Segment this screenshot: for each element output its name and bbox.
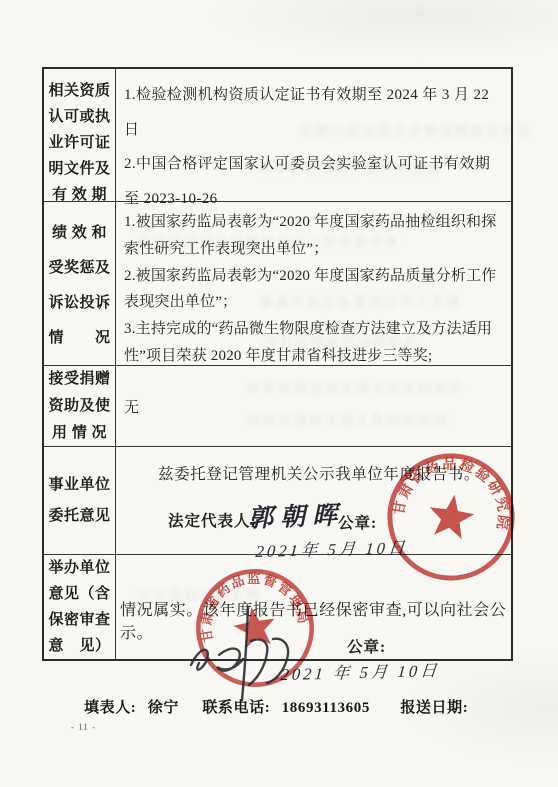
- sponsor-statement: 情况属实。该年度报告书已经保密审查,可以向社会公示。: [120, 597, 511, 643]
- donation-value: 无: [124, 396, 139, 417]
- qualification-item: 1.检验检测机构资质认定证书有效期至 2024 年 3 月 22 日: [124, 78, 505, 147]
- performance-item: 1.被国家药监局表彰为“2020 年度国家药品抽检组织和探索性研究工作表现突出单…: [124, 209, 505, 263]
- table-row-donations: 接受捐赠 资助及使 用 情 况 无: [44, 365, 511, 446]
- row-label-entrust-opinion: 事业单位 委托意见: [44, 447, 115, 555]
- legal-representative-signature: 郭朝晖: [247, 495, 344, 534]
- table-row-entrust-opinion: 事业单位 委托意见 兹委托登记管理机关公示我单位年度报告书。 法定代表人: 郭朝…: [44, 446, 511, 555]
- row-content-donations: 无: [115, 366, 511, 447]
- send-date-label: 报送日期:: [400, 700, 468, 716]
- phone-number: 18693113605: [282, 700, 370, 716]
- row-content-entrust-opinion: 兹委托登记管理机关公示我单位年度报告书。 法定代表人: 郭朝晖 公章: 2021…: [115, 447, 511, 555]
- row-label-performance: 绩 效 和 受奖惩及 诉讼投诉 情 况: [44, 202, 115, 370]
- filler-name: 徐宁: [148, 700, 179, 716]
- row-content-sponsor-opinion: 情况属实。该年度报告书已经保密审查,可以向社会公示。 公章: 2021 年 5月…: [115, 555, 511, 659]
- entrust-statement: 兹委托登记管理机关公示我单位年度报告书。: [158, 462, 480, 484]
- official-seal-label: 公章:: [338, 511, 377, 533]
- handwritten-signature: [185, 595, 305, 710]
- annual-report-table: 相关资质 认可或执 业许可证 明文件及 有 效 期 1.检验检测机构资质认定证书…: [42, 67, 513, 661]
- row-label-donations: 接受捐赠 资助及使 用 情 况: [44, 366, 115, 447]
- filler-label: 填表人:: [84, 700, 136, 716]
- table-row-performance: 绩 效 和 受奖惩及 诉讼投诉 情 况 1.被国家药监局表彰为“2020 年度国…: [44, 201, 511, 365]
- page-number: - 11 -: [71, 722, 96, 732]
- performance-item: 2.被国家药监局表彰为“2020 年度国家药品质量分析工作表现突出单位”；: [124, 263, 505, 317]
- official-seal-label: 公章:: [347, 635, 386, 657]
- row-label-qualifications: 相关资质 认可或执 业许可证 明文件及 有 效 期: [44, 69, 115, 216]
- performance-item: 3.主持完成的“药品微生物限度检查方法建立及方法适用性”项目荣获 2020 年度…: [124, 316, 505, 370]
- row-content-qualifications: 1.检验检测机构资质认定证书有效期至 2024 年 3 月 22 日 2.中国合…: [115, 69, 511, 216]
- footer-line: 填表人: 徐宁 联系电话: 18693113605 报送日期:: [84, 696, 468, 717]
- scanned-document-page: 证书有效期管理有关规定执行情况 按照有关要求落实管理制度 本年度各项工作开展情况…: [0, 0, 558, 787]
- table-row-qualifications: 相关资质 认可或执 业许可证 明文件及 有 效 期 1.检验检测机构资质认定证书…: [44, 69, 511, 201]
- row-label-sponsor-opinion: 举办单位 意见（含 保密审查 意 见）: [44, 555, 115, 659]
- phone-label: 联系电话:: [202, 700, 270, 716]
- row-content-performance: 1.被国家药监局表彰为“2020 年度国家药品抽检组织和探索性研究工作表现突出单…: [115, 202, 511, 370]
- legal-representative-label: 法定代表人:: [168, 509, 257, 531]
